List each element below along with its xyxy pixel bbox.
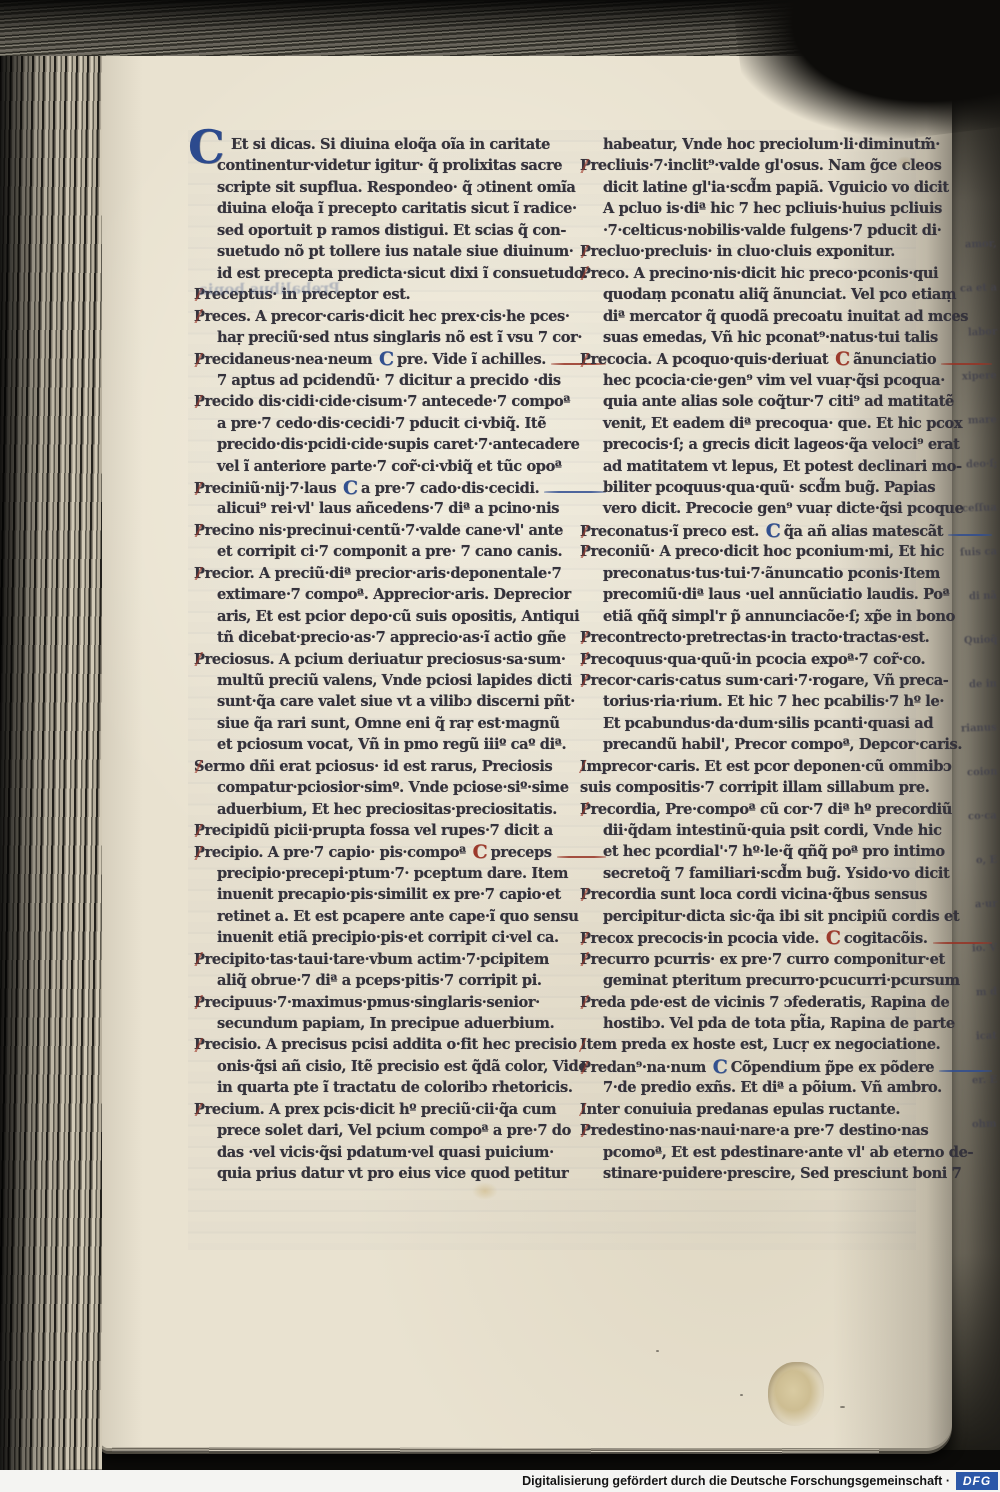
rubricated-capital: P bbox=[194, 563, 205, 584]
rubricated-capital: P bbox=[580, 155, 591, 176]
manuscript-line: Precipito·tas·taui·tare·vbum actim·7·pci… bbox=[194, 949, 570, 970]
line-text: ãnunciatio bbox=[853, 349, 936, 370]
line-text: alicui⁹ rei·vl' laus añcedens·7 diª a pc… bbox=[217, 498, 559, 519]
line-text: inuenit etiã precipio·pis·et corripit ci… bbox=[217, 927, 559, 948]
manuscript-line: preconatus·tus·tui·7·ãnuncatio pconis·It… bbox=[580, 563, 956, 584]
gutter-text-fragment: co·ca bbox=[968, 812, 997, 823]
line-text: stinare·puidere·prescire, Sed presciunt … bbox=[603, 1163, 961, 1184]
manuscript-line: prece solet dari, Vel pcium compoª a pre… bbox=[194, 1120, 570, 1141]
manuscript-line: scripte sit supflua. Respondeo· q̃ ɔtine… bbox=[194, 177, 570, 198]
gutter-text-fragment: icat bbox=[976, 1032, 997, 1043]
line-text: retinet a. Et est pcapere ante cape·ĩ qu… bbox=[217, 906, 578, 927]
manuscript-line: etiã qñq̃ simpl'r p̃ annunciacõe·ſ; xp̃e… bbox=[580, 606, 956, 627]
line-text: recisio. A precisus pcisi addita o·fit h… bbox=[205, 1034, 577, 1055]
line-text: secretoq̃ 7 familiari·scd̃m bug̃. Ysido·… bbox=[603, 863, 949, 884]
line-text: recium. A prex pcis·dicit hº preciũ·cii·… bbox=[205, 1099, 557, 1120]
line-text: dicit latine gl'ia·scd̃m papiã. Vguicio … bbox=[603, 177, 949, 198]
capitulum-mark: C bbox=[766, 521, 781, 542]
line-text: aliq̃ obrue·7 diª a pceps·pitis·7 corrip… bbox=[217, 970, 542, 991]
manuscript-line: Precor·caris·catus sum·cari·7·rogare, Vñ… bbox=[580, 670, 956, 691]
manuscript-line: Precino nis·precinui·centũ·7·valde cane·… bbox=[194, 520, 570, 541]
line-text: reda pde·est de vicinis 7 ɔfederatis, Ra… bbox=[591, 992, 950, 1013]
line-text: recocia. A pcoquo·quis·deriuat bbox=[591, 349, 833, 370]
gutter-text-fragment: a·ur bbox=[974, 900, 997, 911]
manuscript-line: venit, Et eadem diª precoqua· que. Et hi… bbox=[580, 413, 956, 434]
manuscript-line: precocis·ſ; a grecis dicit lageos·q̃a ve… bbox=[580, 434, 956, 455]
line-text: recipidũ picii·prupta fossa vel rupes·7 … bbox=[205, 820, 553, 841]
line-text: secundum papiam, In precipue aduerbium. bbox=[217, 1013, 554, 1034]
line-text: quodaṃ pconatu aliq̃ ãnunciat. Vel pco e… bbox=[603, 284, 956, 305]
gutter-text-fragment: rianus bbox=[961, 723, 997, 734]
manuscript-line: inuenit etiã precipio·pis·et corripit ci… bbox=[194, 927, 570, 948]
line-text: hec pcocia·cie·gen⁹ vim vel vuaṛ·q̃si pc… bbox=[603, 370, 945, 391]
rubricated-capital: P bbox=[194, 1034, 205, 1055]
manuscript-page: C Et si dicas. Si diuina eloq̃a oĩa in c… bbox=[100, 54, 952, 1448]
line-text: in quarta pte ĩ tractatu de coloribɔ rhe… bbox=[217, 1077, 573, 1098]
line-text: multũ preciũ valens, Vnde pciosi lapides… bbox=[217, 670, 572, 691]
gutter-text-fragment: di nã bbox=[969, 592, 997, 603]
capitulum-mark: C bbox=[379, 349, 394, 370]
line-text: onis·q̃si añ cisio, Itẽ precisio est q̃d… bbox=[217, 1056, 587, 1077]
rubricated-capital: P bbox=[580, 884, 591, 905]
manuscript-line: Precordia sunt loca cordi vicina·q̃bus s… bbox=[580, 884, 956, 905]
line-text: diª mercator q̃ quodã precoatu inuitat a… bbox=[603, 306, 968, 327]
line-text: sed oportuit p ramos distigui. Et scias … bbox=[217, 220, 566, 241]
manuscript-line: Precidaneus·nea·neum Cpre. Vide ĩ achill… bbox=[194, 348, 570, 369]
manuscript-line: Precordia, Pre·compoª cũ cor·7 diª hº pr… bbox=[580, 799, 956, 820]
manuscript-line: multũ preciũ valens, Vnde pciosi lapides… bbox=[194, 670, 570, 691]
rubricated-capital: P bbox=[580, 949, 591, 970]
rubricated-capital: P bbox=[580, 799, 591, 820]
line-text: suas emedas, Vñ hic pconat⁹·natus·tui ta… bbox=[603, 327, 938, 348]
line-text: recido dis·cidi·cide·cisum·7 antecede·7 … bbox=[205, 391, 571, 412]
manuscript-line: tñ dicebat·precio·as·7 apprecio·as·ĩ act… bbox=[194, 627, 570, 648]
manuscript-line: percipitur·dicta sic·q̃a ibi sit pncipiũ… bbox=[580, 906, 956, 927]
line-text: recordia sunt loca cordi vicina·q̃bus se… bbox=[591, 884, 928, 905]
line-text: scripte sit supflua. Respondeo· q̃ ɔtine… bbox=[217, 177, 575, 198]
manuscript-line: sunt·q̃a care valet siue vt a vilibɔ dis… bbox=[194, 691, 570, 712]
manuscript-line: das ·vel vicis·q̃si pdatum·vel quasi pui… bbox=[194, 1142, 570, 1163]
manuscript-line: Precisio. A precisus pcisi addita o·fit … bbox=[194, 1034, 570, 1055]
line-text: preconatus·tus·tui·7·ãnuncatio pconis·It… bbox=[603, 563, 940, 584]
line-text: recluo·precluis· in cluo·cluis exponitur… bbox=[591, 241, 895, 262]
line-text: geminat pteritum precurro·pcucurri·pcurs… bbox=[603, 970, 960, 991]
manuscript-line: extimare·7 compoª. Apprecior·aris. Depre… bbox=[194, 584, 570, 605]
line-text: siue q̃a rari sunt, Omne eni q̃ raṛ est·… bbox=[217, 713, 560, 734]
manuscript-line: continentur·videtur igitur· q̃ prolixita… bbox=[194, 155, 570, 176]
line-text: A pcluo is·diª hic 7 hec pcliuis·huius p… bbox=[603, 198, 942, 219]
line-text: reconiũ· A preco·dicit hoc pconium·mi, E… bbox=[591, 541, 944, 562]
manuscript-line: precandũ habil', Precor compoª, Depcor·c… bbox=[580, 734, 956, 755]
line-text: 7·de predio exñs. Et diª a põium. Vñ amb… bbox=[603, 1077, 942, 1098]
line-text: percipitur·dicta sic·q̃a ibi sit pncipiũ… bbox=[603, 906, 959, 927]
speck bbox=[840, 1406, 845, 1408]
manuscript-line: Preco. A precino·nis·dicit hic preco·pco… bbox=[580, 263, 956, 284]
line-text: recor·caris·catus sum·cari·7·rogare, Vñ … bbox=[591, 670, 949, 691]
manuscript-line: Preconiũ· A preco·dicit hoc pconium·mi, … bbox=[580, 541, 956, 562]
rubricated-capital: P bbox=[580, 992, 591, 1013]
line-text: redestino·nas·naui·nare·a pre·7 destino·… bbox=[591, 1120, 929, 1141]
manuscript-line: precido·dis·pcidi·cide·supis caret·7·ant… bbox=[194, 434, 570, 455]
stain bbox=[768, 1362, 824, 1426]
manuscript-line: torius·ria·rium. Et hic 7 hec pcabilis·7… bbox=[580, 691, 956, 712]
manuscript-line: aliq̃ obrue·7 diª a pceps·pitis·7 corrip… bbox=[194, 970, 570, 991]
gutter-text-fragment: ca et a bbox=[960, 283, 997, 294]
line-text: vel ĩ anteriore parte·7 cor̃·ci·vbiq̃ et… bbox=[217, 456, 562, 477]
gutter-text-fragment: coion bbox=[966, 767, 997, 778]
rubricated-capital: P bbox=[580, 1057, 591, 1078]
manuscript-line: diª mercator q̃ quodã precoatu inuitat a… bbox=[580, 306, 956, 327]
manuscript-line: precipio·precepi·ptum·7· pceptum dare. I… bbox=[194, 863, 570, 884]
gutter-text-fragment: ſuis ca bbox=[960, 547, 997, 558]
line-text: cogitacõis. bbox=[844, 928, 928, 949]
manuscript-line: Et si dicas. Si diuina eloq̃a oĩa in car… bbox=[194, 134, 570, 155]
manuscript-line: vel ĩ anteriore parte·7 cor̃·ci·vbiq̃ et… bbox=[194, 456, 570, 477]
digitized-manuscript-scan: amor,ca et alaborxiperemaredeo·ſ;ceſſuaſ… bbox=[0, 0, 1000, 1492]
line-text: sunt·q̃a care valet siue vt a vilibɔ dis… bbox=[217, 691, 575, 712]
manuscript-line: suis compositis·7 corripit illam sillabu… bbox=[580, 777, 956, 798]
line-text: recliuis·7·inclit⁹·valde gl'osus. Nam g̃… bbox=[591, 155, 942, 176]
manuscript-line: haṛ preciũ·sed ntus singlaris nõ est ĩ v… bbox=[194, 327, 570, 348]
manuscript-line: secundum papiam, In precipue aduerbium. bbox=[194, 1013, 570, 1034]
line-text: precomiũ·diª laus ·uel annũciatio laudis… bbox=[603, 584, 949, 605]
line-text: compatur·pciosior·simº. Vnde pciose·siº·… bbox=[217, 777, 569, 798]
line-text: extimare·7 compoª. Apprecior·aris. Depre… bbox=[217, 584, 571, 605]
manuscript-line: 7 aptus ad pcidendũ· 7 dicitur a precido… bbox=[194, 370, 570, 391]
rubricated-capital: P bbox=[580, 241, 591, 262]
manuscript-line: Precipidũ picii·prupta fossa vel rupes·7… bbox=[194, 820, 570, 841]
line-text: prece solet dari, Vel pcium compoª a pre… bbox=[217, 1120, 571, 1141]
manuscript-line: Precox precocis·in pcocia vide. Ccogitac… bbox=[580, 927, 956, 948]
line-text: recino nis·precinui·centũ·7·valde cane·v… bbox=[205, 520, 563, 541]
line-text: precido·dis·pcidi·cide·supis caret·7·ant… bbox=[217, 434, 579, 455]
manuscript-line: Inter conuiuia predanas epulas ructante. bbox=[580, 1099, 956, 1120]
manuscript-line: pcomoª, Et est pdestinare·ante vl' ab et… bbox=[580, 1142, 956, 1163]
line-text: Et pcabundus·da·dum·silis pcanti·quasi a… bbox=[603, 713, 933, 734]
manuscript-line: Precontrecto·pretrectas·in tracto·tracta… bbox=[580, 627, 956, 648]
text-column-right: habeatur, Vnde hoc preciolum·li·diminutm… bbox=[580, 134, 956, 1184]
manuscript-line: Predan⁹·na·num CCõpendium p̃pe ex põdere bbox=[580, 1056, 956, 1077]
manuscript-line: precomiũ·diª laus ·uel annũciatio laudis… bbox=[580, 584, 956, 605]
manuscript-line: quodaṃ pconatu aliq̃ ãnunciat. Vel pco e… bbox=[580, 284, 956, 305]
rubricated-capital: P bbox=[194, 391, 205, 412]
manuscript-line: suas emedas, Vñ hic pconat⁹·natus·tui ta… bbox=[580, 327, 956, 348]
bleed-through-text: Prebalibus bonia bbox=[198, 279, 340, 298]
line-text: quia prius datur vt pro eius vice quod p… bbox=[217, 1163, 568, 1184]
line-text: recipito·tas·taui·tare·vbum actim·7·pcip… bbox=[205, 949, 549, 970]
line-text: tem preda ex hoste est, Lucṛ ex negociat… bbox=[586, 1034, 940, 1055]
manuscript-line: et pciosum vocat, Vñ in pmo regũ iiiº ca… bbox=[194, 734, 570, 755]
manuscript-line: quia ante alias sole coq̃tur·7 citi⁹ ad … bbox=[580, 391, 956, 412]
line-text: nter conuiuia predanas epulas ructante. bbox=[586, 1099, 900, 1120]
rubricated-capital: P bbox=[580, 627, 591, 648]
gutter-text-fragment: de in bbox=[969, 680, 997, 691]
rubricated-capital: I bbox=[580, 1034, 586, 1055]
line-text: Et si dicas. Si diuina eloq̃a oĩa in car… bbox=[231, 134, 550, 155]
line-text: recoquus·qua·quũ·in pcocia expoª·7 cor̃·… bbox=[591, 649, 926, 670]
line-text: etiã qñq̃ simpl'r p̃ annunciacõe·ſ; xp̃e… bbox=[603, 606, 955, 627]
line-text: ermo dñi erat pciosus· id est rarus, Pre… bbox=[204, 756, 552, 777]
manuscript-line: vero dicit. Precocie gen⁹ vuaṛ dicte·q̃s… bbox=[580, 498, 956, 519]
rubricated-capital: P bbox=[580, 349, 591, 370]
line-text: reciniũ·nij·7·laus bbox=[205, 478, 341, 499]
manuscript-line: geminat pteritum precurro·pcucurri·pcurs… bbox=[580, 970, 956, 991]
manuscript-line: et hec pcordial'·7 hº·le·q̃ qñq̃ poª pro… bbox=[580, 841, 956, 862]
manuscript-line: inuenit precapio·pis·similit ex pre·7 ca… bbox=[194, 884, 570, 905]
gutter-text-fragment: ceſſua bbox=[962, 503, 997, 514]
manuscript-line: ad matitatem vt lepus, Et potest declina… bbox=[580, 456, 956, 477]
manuscript-line: a pre·7 cedo·dis·cecidi·7 pducit ci·vbiq… bbox=[194, 413, 570, 434]
line-text: aris, Et est pcior depo·cũ suis opositis… bbox=[217, 606, 579, 627]
manuscript-line: Precipuus·7·maximus·pmus·singlaris·senio… bbox=[194, 992, 570, 1013]
line-text: torius·ria·rium. Et hic 7 hec pcabilis·7… bbox=[603, 691, 944, 712]
manuscript-line: Item preda ex hoste est, Lucṛ ex negocia… bbox=[580, 1034, 956, 1055]
manuscript-line: ·7·celticus·nobilis·valde fulgens·7 pduc… bbox=[580, 220, 956, 241]
rubricated-capital: P bbox=[194, 520, 205, 541]
rubricated-capital: I bbox=[580, 756, 586, 777]
manuscript-line: A pcluo is·diª hic 7 hec pcliuis·huius p… bbox=[580, 198, 956, 219]
gutter-text-fragment: io. V bbox=[972, 944, 997, 955]
line-text: suetudo nõ pt tollere ius natale siue di… bbox=[217, 241, 573, 262]
manuscript-line: Precoquus·qua·quũ·in pcocia expoª·7 cor̃… bbox=[580, 649, 956, 670]
manuscript-line: Precium. A prex pcis·dicit hº preciũ·cii… bbox=[194, 1099, 570, 1120]
speck bbox=[656, 1350, 659, 1352]
rubricated-capital: S bbox=[194, 756, 204, 777]
manuscript-line: Precluo·precluis· in cluo·cluis exponitu… bbox=[580, 241, 956, 262]
line-text: recior. A preciũ·diª precior·aris·depone… bbox=[205, 563, 562, 584]
line-text: redan⁹·na·num bbox=[591, 1057, 711, 1078]
rubricated-capital: P bbox=[194, 478, 205, 499]
line-text: recipuus·7·maximus·pmus·singlaris·senior… bbox=[205, 992, 540, 1013]
line-text: pcomoª, Et est pdestinare·ante vl' ab et… bbox=[603, 1142, 973, 1163]
gutter-text-fragment: o, E bbox=[976, 856, 998, 867]
line-text: biliter pcoquus·qua·quũ· scd̃m bug̃. Pap… bbox=[603, 477, 935, 498]
gutter-text-fragment: mare bbox=[968, 416, 997, 427]
manuscript-line: sed oportuit p ramos distigui. Et scias … bbox=[194, 220, 570, 241]
line-text: diuina eloq̃a ĩ precepto caritatis sicut… bbox=[217, 198, 577, 219]
line-text: et pciosum vocat, Vñ in pmo regũ iiiº ca… bbox=[217, 734, 566, 755]
line-text: quia ante alias sole coq̃tur·7 citi⁹ ad … bbox=[603, 391, 954, 412]
manuscript-line: Precurro pcurris· ex pre·7 curro componi… bbox=[580, 949, 956, 970]
rubricated-capital: P bbox=[194, 306, 205, 327]
manuscript-line: Precior. A preciũ·diª precior·aris·depon… bbox=[194, 563, 570, 584]
line-text: recurro pcurris· ex pre·7 curro componit… bbox=[591, 949, 945, 970]
manuscript-line: Preda pde·est de vicinis 7 ɔfederatis, R… bbox=[580, 992, 956, 1013]
line-text: ·7·celticus·nobilis·valde fulgens·7 pduc… bbox=[603, 220, 941, 241]
line-text: das ·vel vicis·q̃si pdatum·vel quasi pui… bbox=[217, 1142, 554, 1163]
line-text: Cõpendium p̃pe ex põdere bbox=[731, 1057, 934, 1078]
gutter-text-fragment: Quioq̃ bbox=[963, 635, 997, 646]
line-text: preceps bbox=[491, 842, 552, 863]
line-text: ad matitatem vt lepus, Et potest declina… bbox=[603, 456, 962, 477]
manuscript-line: aris, Et est pcior depo·cũ suis opositis… bbox=[194, 606, 570, 627]
line-text: reco. A precino·nis·dicit hic preco·pcon… bbox=[591, 263, 939, 284]
manuscript-line: in quarta pte ĩ tractatu de coloribɔ rhe… bbox=[194, 1077, 570, 1098]
capitulum-mark: C bbox=[826, 928, 841, 949]
capitulum-mark: C bbox=[713, 1057, 728, 1078]
speck bbox=[740, 1394, 743, 1396]
line-text: et corripit ci·7 componit a pre· 7 cano … bbox=[217, 541, 562, 562]
manuscript-line: 7·de predio exñs. Et diª a põium. Vñ amb… bbox=[580, 1077, 956, 1098]
line-text: recontrecto·pretrectas·in tracto·tractas… bbox=[591, 627, 930, 648]
book-page-edges-left bbox=[0, 0, 102, 1470]
rubricated-capital: P bbox=[194, 1099, 205, 1120]
rubricated-capital: P bbox=[580, 263, 591, 284]
line-text: pre. Vide ĩ achilles. bbox=[397, 349, 546, 370]
gutter-text-fragment: m d bbox=[976, 988, 997, 999]
line-text: venit, Et eadem diª precoqua· que. Et hi… bbox=[603, 413, 962, 434]
manuscript-line: compatur·pciosior·simº. Vnde pciose·siº·… bbox=[194, 777, 570, 798]
rubricated-capital: P bbox=[580, 670, 591, 691]
gutter-text-fragment: deo·ſ; bbox=[965, 459, 997, 470]
line-text: a pre·7 cado·dis·cecidi. bbox=[361, 478, 539, 499]
manuscript-line: Predestino·nas·naui·nare·a pre·7 destino… bbox=[580, 1120, 956, 1141]
line-text: inuenit precapio·pis·similit ex pre·7 ca… bbox=[217, 884, 561, 905]
manuscript-line: Et pcabundus·da·dum·silis pcanti·quasi a… bbox=[580, 713, 956, 734]
line-text: recipio. A pre·7 capio· pis·compoª bbox=[205, 842, 471, 863]
manuscript-line: Imprecor·caris. Et est pcor deponen·cũ o… bbox=[580, 756, 956, 777]
line-text: dii·q̃dam intestinũ·quia psit cordi, Vnd… bbox=[603, 820, 942, 841]
line-text: et hec pcordial'·7 hº·le·q̃ qñq̃ poª pro… bbox=[603, 841, 945, 862]
capitulum-mark: C bbox=[343, 478, 358, 499]
line-text: hostibɔ. Vel pda de tota pt̃ia, Rapina d… bbox=[603, 1013, 955, 1034]
line-text: tñ dicebat·precio·as·7 apprecio·as·ĩ act… bbox=[217, 627, 566, 648]
rubricated-capital: P bbox=[194, 349, 205, 370]
manuscript-line: biliter pcoquus·qua·quũ· scd̃m bug̃. Pap… bbox=[580, 477, 956, 498]
manuscript-line: dii·q̃dam intestinũ·quia psit cordi, Vnd… bbox=[580, 820, 956, 841]
line-text: reconatus·ĩ preco est. bbox=[591, 521, 764, 542]
line-text: recidaneus·nea·neum bbox=[205, 349, 377, 370]
rubricated-capital: P bbox=[194, 820, 205, 841]
manuscript-line: Preconatus·ĩ preco est. Cq̃a añ alias ma… bbox=[580, 520, 956, 541]
line-text: precipio·precepi·ptum·7· pceptum dare. I… bbox=[217, 863, 568, 884]
gutter-text-fragment: labor bbox=[968, 327, 998, 338]
line-text: mprecor·caris. Et est pcor deponen·cũ om… bbox=[586, 756, 951, 777]
line-text: vero dicit. Precocie gen⁹ vuaṛ dicte·q̃s… bbox=[603, 498, 964, 519]
gutter-text-fragment: xipere bbox=[962, 371, 997, 382]
capitulum-mark: C bbox=[472, 842, 487, 863]
line-text: reciosus. A pcium deriuatur preciosus·sa… bbox=[205, 649, 566, 670]
line-text: precandũ habil', Precor compoª, Depcor·c… bbox=[603, 734, 962, 755]
manuscript-line: alicui⁹ rei·vl' laus añcedens·7 diª a pc… bbox=[194, 498, 570, 519]
rubricated-capital: P bbox=[580, 928, 591, 949]
manuscript-line: stinare·puidere·prescire, Sed presciunt … bbox=[580, 1163, 956, 1184]
line-text: recordia, Pre·compoª cũ cor·7 diª hº pre… bbox=[591, 799, 952, 820]
manuscript-line: hec pcocia·cie·gen⁹ vim vel vuaṛ·q̃si pc… bbox=[580, 370, 956, 391]
manuscript-line: Sermo dñi erat pciosus· id est rarus, Pr… bbox=[194, 756, 570, 777]
gutter-text-fragment: ohm bbox=[972, 1120, 997, 1131]
line-text: precocis·ſ; a grecis dicit lageos·q̃a ve… bbox=[603, 434, 960, 455]
line-text: aduerbium, Et hec preciositas·preciosita… bbox=[217, 799, 557, 820]
rubricated-capital: P bbox=[580, 521, 591, 542]
manuscript-line: aduerbium, Et hec preciositas·preciosita… bbox=[194, 799, 570, 820]
rubricated-capital: P bbox=[194, 649, 205, 670]
manuscript-line: Precocia. A pcoquo·quis·deriuat Cãnuncia… bbox=[580, 348, 956, 369]
manuscript-line: dicit latine gl'ia·scd̃m papiã. Vguicio … bbox=[580, 177, 956, 198]
line-text: recox precocis·in pcocia vide. bbox=[591, 928, 824, 949]
line-text: reces. A precor·caris·dicit hec prex·cis… bbox=[205, 306, 570, 327]
attribution-text: Digitalisierung gefördert durch die Deut… bbox=[522, 1474, 950, 1488]
rubricated-capital: P bbox=[194, 992, 205, 1013]
manuscript-line: hostibɔ. Vel pda de tota pt̃ia, Rapina d… bbox=[580, 1013, 956, 1034]
manuscript-line: Precipio. A pre·7 capio· pis·compoª Cpre… bbox=[194, 841, 570, 862]
manuscript-line: Preciniũ·nij·7·laus Ca pre·7 cado·dis·ce… bbox=[194, 477, 570, 498]
manuscript-line: siue q̃a rari sunt, Omne eni q̃ raṛ est·… bbox=[194, 713, 570, 734]
capitulum-mark: C bbox=[835, 349, 850, 370]
manuscript-line: Preces. A precor·caris·dicit hec prex·ci… bbox=[194, 306, 570, 327]
gutter-text-fragment: er. E bbox=[972, 1076, 998, 1087]
manuscript-line: onis·q̃si añ cisio, Itẽ precisio est q̃d… bbox=[194, 1056, 570, 1077]
gutter-text-fragment: amor, bbox=[965, 239, 997, 250]
initial-letter: C bbox=[188, 124, 225, 170]
manuscript-line: secretoq̃ 7 familiari·scd̃m bug̃. Ysido·… bbox=[580, 863, 956, 884]
rubricated-capital: P bbox=[580, 541, 591, 562]
manuscript-line: quia prius datur vt pro eius vice quod p… bbox=[194, 1163, 570, 1184]
rubric-underline bbox=[933, 942, 992, 944]
rubric-underline bbox=[941, 363, 992, 365]
manuscript-line: suetudo nõ pt tollere ius natale siue di… bbox=[194, 241, 570, 262]
dfg-logo: DFG bbox=[956, 1472, 998, 1490]
rubricated-capital: P bbox=[194, 842, 205, 863]
manuscript-line: et corripit ci·7 componit a pre· 7 cano … bbox=[194, 541, 570, 562]
line-text: continentur·videtur igitur· q̃ prolixita… bbox=[217, 155, 562, 176]
attribution-bar: Digitalisierung gefördert durch die Deut… bbox=[0, 1470, 1000, 1492]
rubricated-capital: P bbox=[580, 1120, 591, 1141]
manuscript-line: Precliuis·7·inclit⁹·valde gl'osus. Nam g… bbox=[580, 155, 956, 176]
line-text: haṛ preciũ·sed ntus singlaris nõ est ĩ v… bbox=[217, 327, 582, 348]
manuscript-line: retinet a. Et est pcapere ante cape·ĩ qu… bbox=[194, 906, 570, 927]
line-text: q̃a añ alias matescãt bbox=[784, 521, 943, 542]
line-text: suis compositis·7 corripit illam sillabu… bbox=[580, 777, 929, 798]
rubricated-capital: P bbox=[194, 949, 205, 970]
rubricated-capital: I bbox=[580, 1099, 586, 1120]
rubricated-capital: P bbox=[580, 649, 591, 670]
manuscript-line: Precido dis·cidi·cide·cisum·7 antecede·7… bbox=[194, 391, 570, 412]
line-text: a pre·7 cedo·dis·cecidi·7 pducit ci·vbiq… bbox=[217, 413, 546, 434]
manuscript-line: Preciosus. A pcium deriuatur preciosus·s… bbox=[194, 649, 570, 670]
line-text: 7 aptus ad pcidendũ· 7 dicitur a precido… bbox=[217, 370, 561, 391]
manuscript-line: diuina eloq̃a ĩ precepto caritatis sicut… bbox=[194, 198, 570, 219]
